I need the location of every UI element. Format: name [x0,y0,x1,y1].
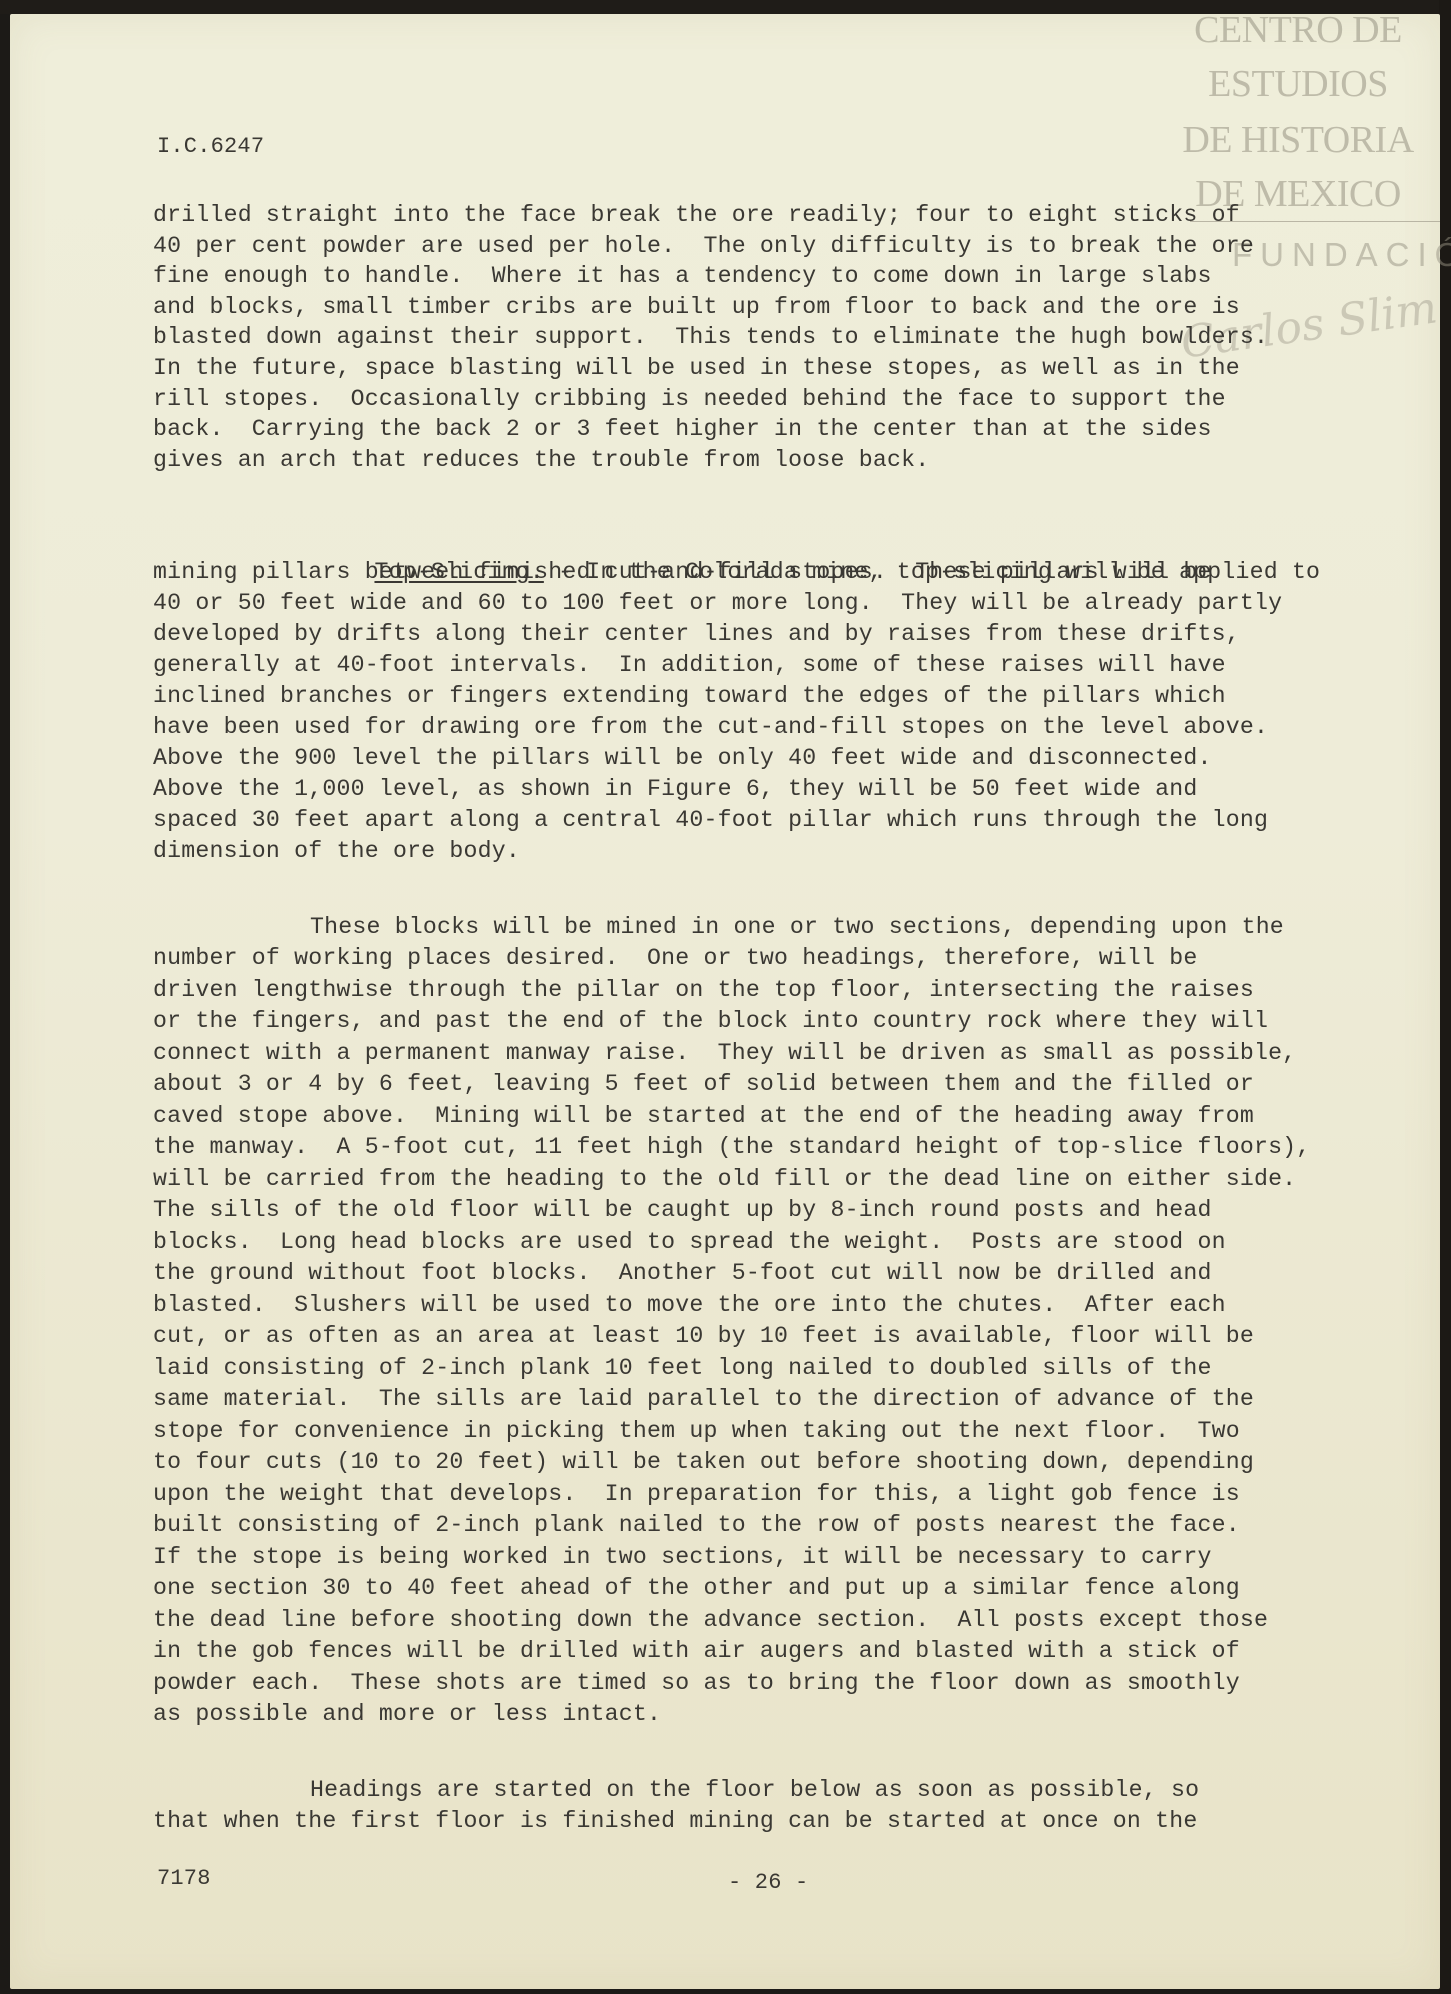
text-line: that when the first floor is finished mi… [153,1806,1198,1837]
text-line: and blocks, small timber cribs are built… [153,292,1240,323]
text-line: spaced 30 feet apart along a central 40-… [153,805,1268,836]
text-line: in the gob fences will be drilled with a… [153,1636,1240,1667]
text-line: rill stopes. Occasionally cribbing is ne… [153,384,1226,415]
text-line: connect with a permanent manway raise. T… [153,1038,1296,1069]
text-line: inclined branches or fingers extending t… [153,681,1226,712]
text-line: will be carried from the heading to the … [153,1164,1296,1195]
text-line: same material. The sills are laid parall… [153,1384,1254,1415]
text-line: fine enough to handle. Where it has a te… [153,261,1212,292]
text-line: or the fingers, and past the end of the … [153,1006,1268,1037]
text-line: to four cuts (10 to 20 feet) will be tak… [153,1447,1254,1478]
document-footer-code: 7178 [157,1866,211,1891]
text-line: In the future, space blasting will be us… [153,353,1240,384]
text-line: stope for convenience in picking them up… [153,1416,1240,1447]
text-line: the ground without foot blocks. Another … [153,1258,1212,1289]
text-line: Above the 900 level the pillars will be … [153,743,1212,774]
text-line: blasted down against their support. This… [153,322,1268,353]
page-number: - 26 - [728,1870,808,1895]
text-line: about 3 or 4 by 6 feet, leaving 5 feet o… [153,1069,1254,1100]
watermark-line-2: ESTUDIOS [1168,56,1428,112]
document-code: I.C.6247 [157,134,264,159]
text-line: laid consisting of 2-inch plank 10 feet … [153,1353,1212,1384]
text-line: driven lengthwise through the pillar on … [153,975,1254,1006]
text-line: cut, or as often as an area at least 10 … [153,1321,1254,1352]
text-line: the manway. A 5-foot cut, 11 feet high (… [153,1132,1310,1163]
text-line: Headings are started on the floor below … [310,1775,1199,1806]
scan-right-border [1439,0,1451,1994]
text-line: back. Carrying the back 2 or 3 feet high… [153,414,1212,445]
text-line: mining pillars between finished cut-and-… [153,557,1212,588]
text-line: upon the weight that develops. In prepar… [153,1479,1240,1510]
watermark-foundation: FUNDACIÓN [1232,236,1451,274]
text-line: If the stope is being worked in two sect… [153,1542,1212,1573]
text-line: powder each. These shots are timed so as… [153,1668,1240,1699]
text-line: 40 or 50 feet wide and 60 to 100 feet or… [153,588,1282,619]
text-line: gives an arch that reduces the trouble f… [153,445,929,476]
text-line: Above the 1,000 level, as shown in Figur… [153,774,1198,805]
text-line: caved stope above. Mining will be starte… [153,1101,1254,1132]
text-line: developed by drifts along their center l… [153,619,1240,650]
text-line: one section 30 to 40 feet ahead of the o… [153,1573,1240,1604]
text-line: have been used for drawing ore from the … [153,712,1268,743]
watermark-line-1: CENTRO DE [1168,2,1428,58]
text-line: The sills of the old floor will be caugh… [153,1195,1212,1226]
text-line: drilled straight into the face break the… [153,200,1240,231]
text-line: blocks. Long head blocks are used to spr… [153,1227,1226,1258]
text-line: dimension of the ore body. [153,836,520,867]
text-line: as possible and more or less intact. [153,1699,661,1730]
text-line: generally at 40-foot intervals. In addit… [153,650,1226,681]
text-line: These blocks will be mined in one or two… [310,912,1284,943]
text-line: number of working places desired. One or… [153,943,1198,974]
text-line: built consisting of 2-inch plank nailed … [153,1510,1240,1541]
watermark-line-3: DE HISTORIA [1168,112,1428,168]
text-line: blasted. Slushers will be used to move t… [153,1290,1226,1321]
text-line: the dead line before shooting down the a… [153,1605,1268,1636]
text-line: 40 per cent powder are used per hole. Th… [153,231,1254,262]
